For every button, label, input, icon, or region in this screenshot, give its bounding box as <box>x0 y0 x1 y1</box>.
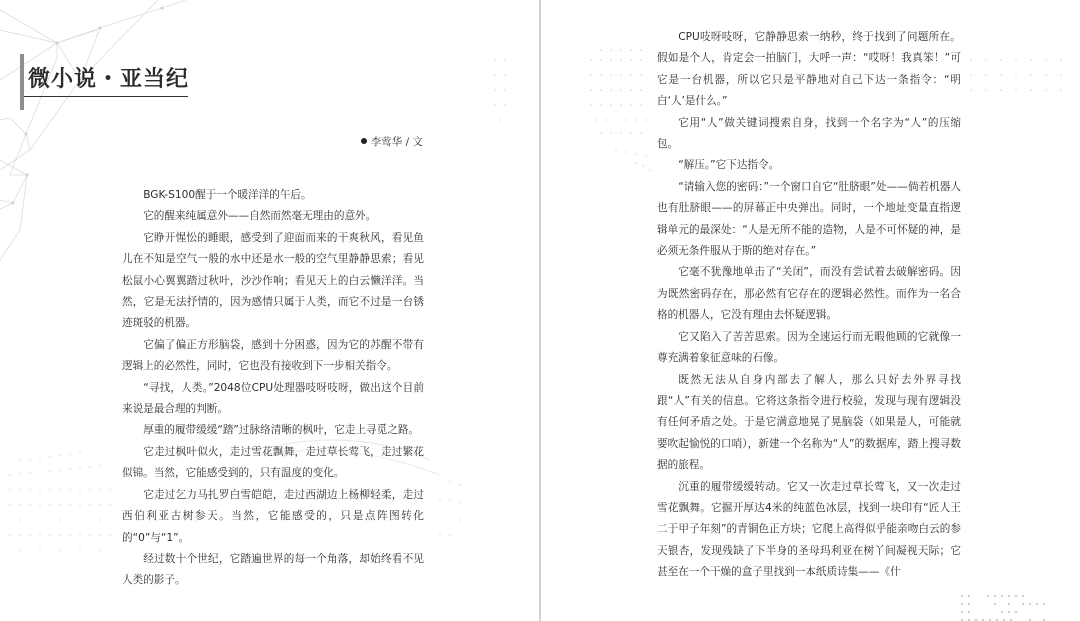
paragraph: 它用“人”做关键词搜索自身，找到一个名字为“人”的压缩包。 <box>657 113 961 156</box>
paragraph: 厚重的履带缓缓“踏”过脉络清晰的枫叶，它走上寻觅之路。 <box>122 420 424 441</box>
paragraph: CPU吱呀吱呀，它静静思索一纳秒，终于找到了问题所在。假如是个人，肯定会一拍脑门… <box>657 27 961 113</box>
paragraph: 它睁开惺忪的睡眼，感受到了迎面而来的干爽秋风，看见鱼儿在不知是空气一般的水中还是… <box>122 228 424 335</box>
left-body-text: BGK-S100醒于一个暖洋洋的午后。 它的醒来纯属意外——自然而然毫无理由的意… <box>122 185 424 592</box>
paragraph: “请输入您的密码：”一个窗口自它“肚脐眼”处——倘若机器人也有肚脐眼——的屏幕正… <box>657 177 961 263</box>
paragraph: 它的醒来纯属意外——自然而然毫无理由的意外。 <box>122 206 424 227</box>
title-underline <box>24 96 188 97</box>
paragraph: 既然无法从自身内部去了解人，那么只好去外界寻找跟“人”有关的信息。它将这条指令进… <box>657 370 961 477</box>
magazine-spread: 微小说・亚当纪 李莺华 / 文 BGK-S100醒于一个暖洋洋的午后。 它的醒来… <box>0 0 1080 621</box>
right-page: CPU吱呀吱呀，它静静思索一纳秒，终于找到了问题所在。假如是个人，肯定会一拍脑门… <box>541 0 1080 621</box>
author-byline: 李莺华 / 文 <box>361 134 423 149</box>
paragraph: “寻找，人类。”2048位CPU处理器吱呀吱呀，做出这个目前来说是最合理的判断。 <box>122 378 424 421</box>
paragraph: 它又陷入了苦苦思索。因为全速运行而无暇他顾的它就像一尊充满着象征意味的石像。 <box>657 327 961 370</box>
author-name: 李莺华 / 文 <box>371 136 423 148</box>
paragraph: 沉重的履带缓缓转动。它又一次走过草长莺飞，又一次走过雪花飘舞。它掘开厚达4米的纯… <box>657 477 961 584</box>
paragraph: BGK-S100醒于一个暖洋洋的午后。 <box>122 185 424 206</box>
paragraph: 经过数十个世纪，它踏遍世界的每一个角落，却始终看不见人类的影子。 <box>122 549 424 592</box>
paragraph: 它走过乞力马扎罗白雪皑皑，走过西湖边上杨柳轻柔，走过西伯利亚古树参天。当然，它能… <box>122 485 424 549</box>
title-accent-bar <box>20 54 24 110</box>
paragraph: 它偏了偏正方形脑袋，感到十分困惑，因为它的苏醒不带有逻辑上的必然性，同时，它也没… <box>122 335 424 378</box>
bullet-icon <box>361 138 367 144</box>
paragraph: 它走过枫叶似火，走过雪花飘舞，走过草长莺飞，走过繁花似锦。当然，它能感受到的，只… <box>122 442 424 485</box>
right-body-text: CPU吱呀吱呀，它静静思索一纳秒，终于找到了问题所在。假如是个人，肯定会一拍脑门… <box>657 27 961 584</box>
paragraph: “解压。”它下达指令。 <box>657 155 961 176</box>
article-title: 微小说・亚当纪 <box>28 62 189 93</box>
paragraph: 它毫不犹豫地单击了“关闭”，而没有尝试着去破解密码。因为既然密码存在，那必然有它… <box>657 262 961 326</box>
left-page: 微小说・亚当纪 李莺华 / 文 BGK-S100醒于一个暖洋洋的午后。 它的醒来… <box>0 0 540 621</box>
